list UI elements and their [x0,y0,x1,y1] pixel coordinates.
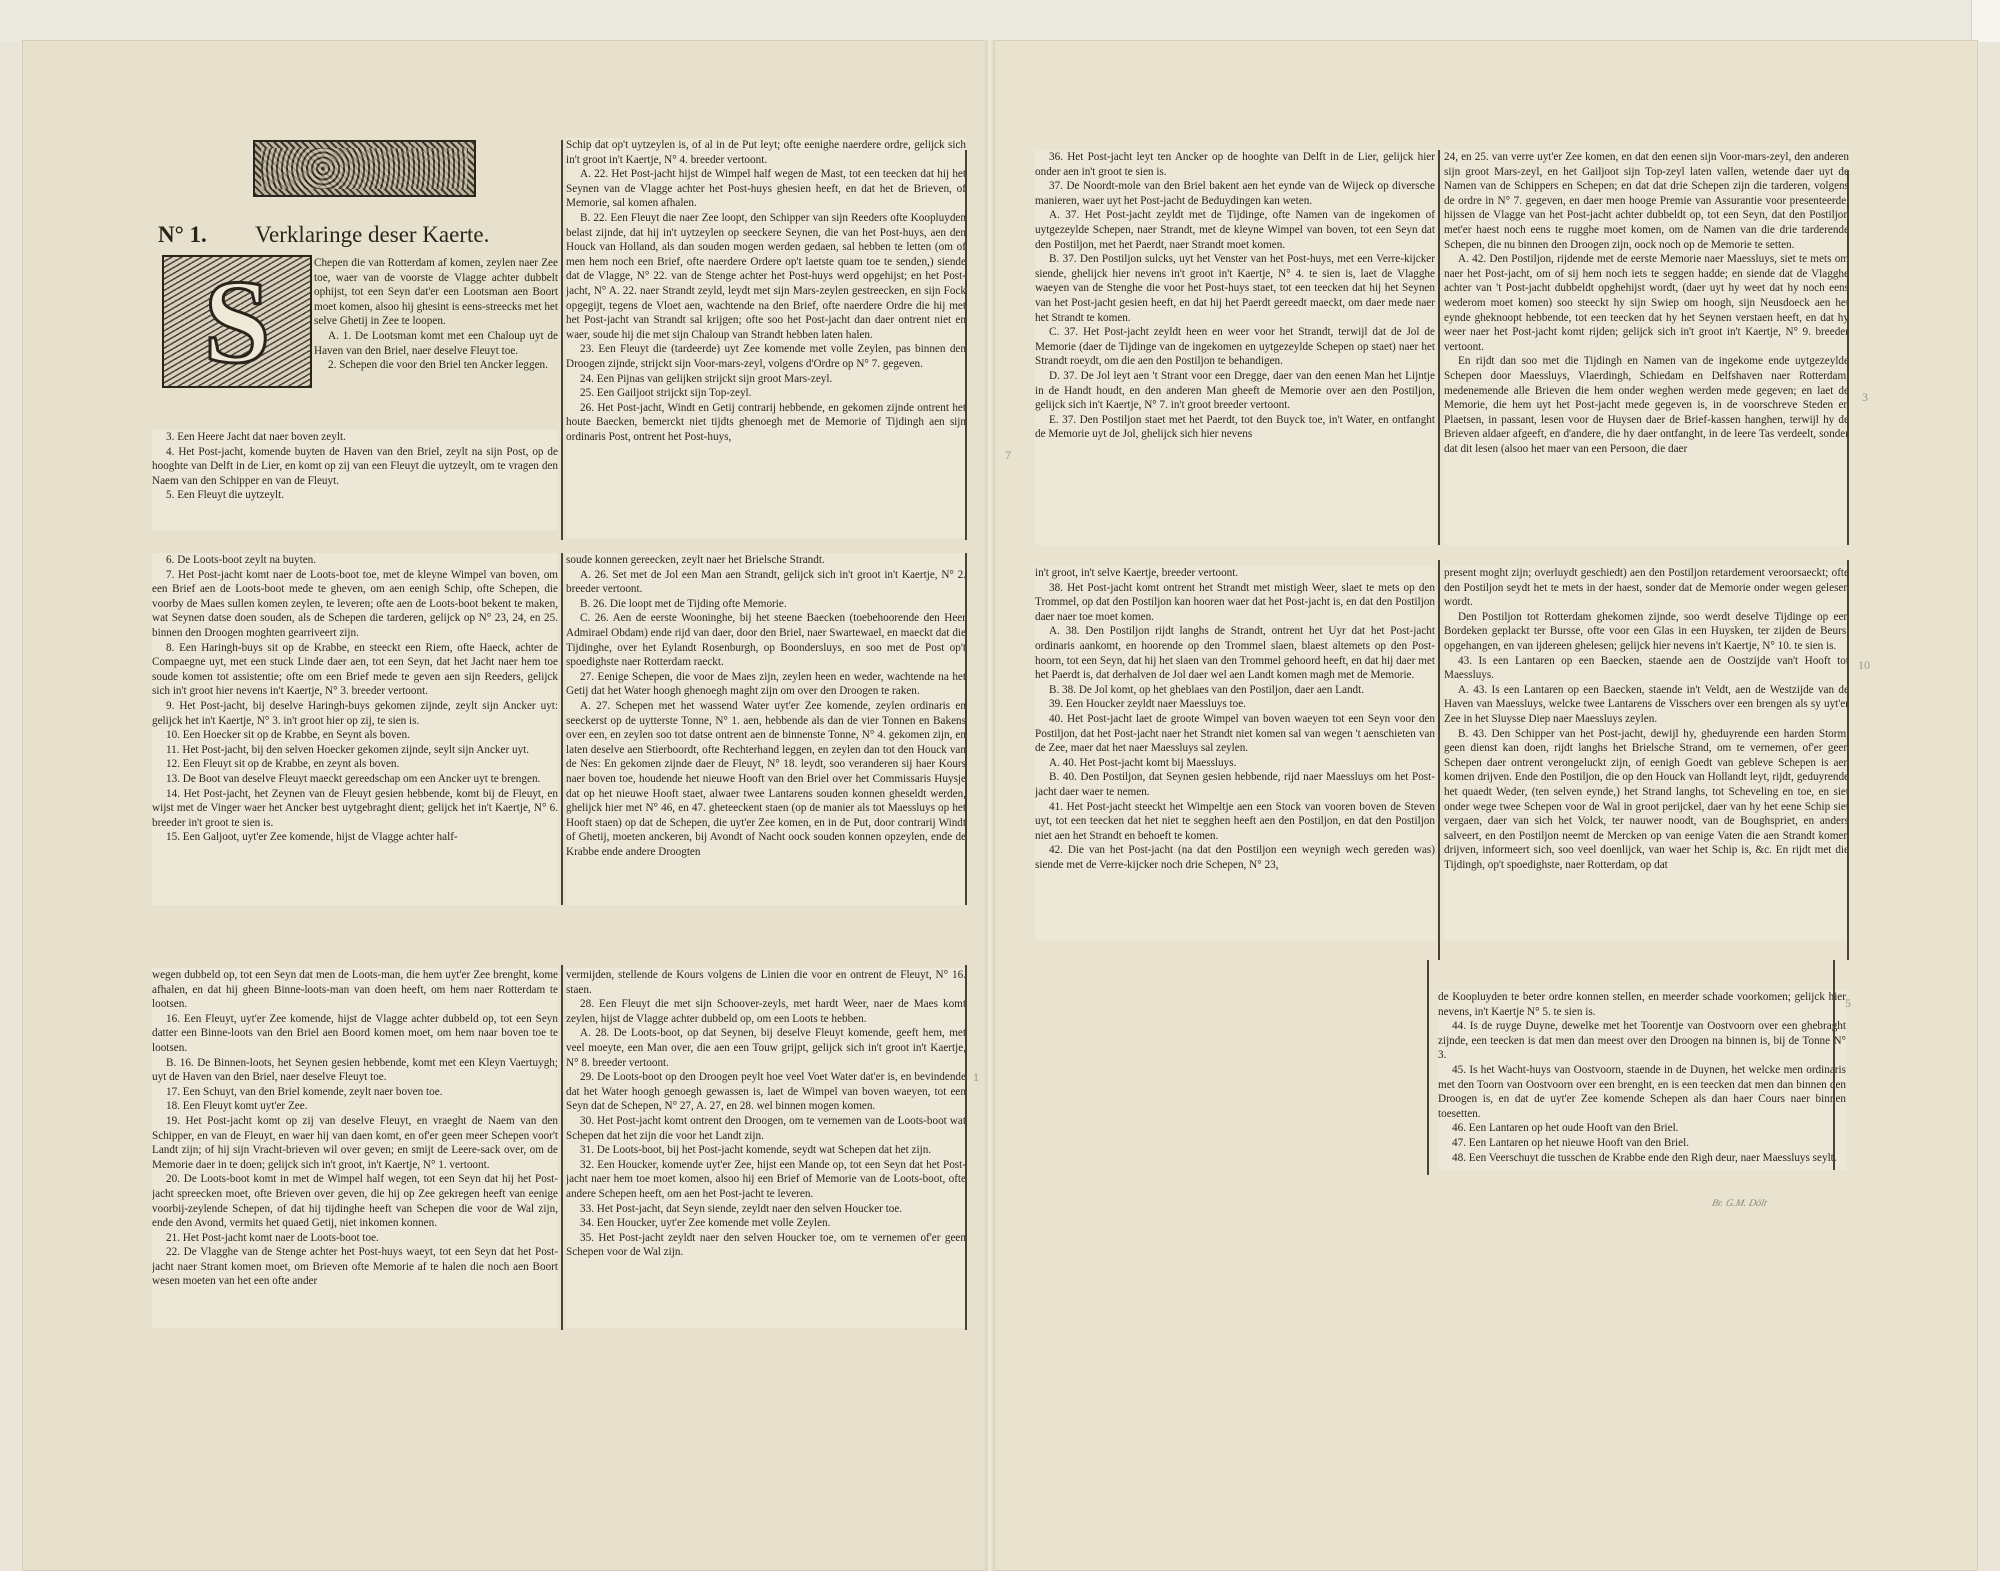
text-block-col2-bot: vermijden, stellende de Kours volgens de… [566,968,966,1328]
entry: 41. Het Post-jacht steeckt het Wimpeltje… [1035,800,1435,844]
text-block-col1-top: 3. Een Heere Jacht dat naer boven zeylt.… [152,430,558,530]
entry: 13. De Boot van deselve Fleuyt maeckt ge… [152,772,558,787]
entry: 40. Het Post-jacht laet de groote Wimpel… [1035,712,1435,756]
initial-letter: S [204,262,271,382]
margin-mark: 1 [973,1070,979,1085]
entry: 8. Een Haringh-buys sit op de Krabbe, en… [152,641,558,699]
entry: 42. Die van het Post-jacht (na dat den P… [1035,843,1435,872]
text-block-col4-bot: de Koopluyden te beter ordre konnen stel… [1438,990,1846,1170]
entry: 10. Een Hoecker sit op de Krabbe, en Sey… [152,728,558,743]
entry: 11. Het Post-jacht, bij den selven Hoeck… [152,743,558,758]
intro-para: Chepen die van Rotterdam af komen, zeyle… [314,256,558,329]
entry: vermijden, stellende de Kours volgens de… [566,968,966,997]
entry: 9. Het Post-jacht, bij deselve Haringh-b… [152,699,558,728]
column-rule [561,553,563,905]
column-rule [1438,560,1440,960]
entry: A. 22. Het Post-jacht hijst de Wimpel ha… [566,167,966,211]
entry: C. 37. Het Post-jacht zeyldt heen en wee… [1035,325,1435,369]
top-strip [0,0,2000,42]
margin-mark: 10 [1858,658,1870,673]
text-block-col3-mid: in't groot, in't selve Kaertje, breeder … [1035,566,1435,940]
entry: de Koopluyden te beter ordre konnen stel… [1438,990,1846,1019]
text-block-col4-mid: present moght zijn; overluydt geschiedt)… [1444,566,1849,940]
entry: 36. Het Post-jacht leyt ten Ancker op de… [1035,150,1435,179]
entry: 43. Is een Lantaren op een Baecken, stae… [1444,654,1849,683]
column-rule [965,553,967,905]
entry: 47. Een Lantaren op het nieuwe Hooft van… [1438,1136,1846,1151]
entry: 3. Een Heere Jacht dat naer boven zeylt. [152,430,558,445]
entry: A. 38. Den Postiljon rijdt langhs de Str… [1035,624,1435,682]
title-text: Verklaringe deser Kaerte. [255,222,489,248]
entry: A. 42. Den Postiljon, rijdende met de ee… [1444,252,1849,354]
text-block-col1-bot: wegen dubbeld op, tot een Seyn dat men d… [152,968,558,1328]
entry: A. 26. Set met de Jol een Man aen Strand… [566,568,966,597]
margin-mark: 3 [1862,390,1868,405]
text-block-col3-top: 36. Het Post-jacht leyt ten Ancker op de… [1035,150,1435,545]
entry: B. 37. Den Postiljon sulcks, uyt het Ven… [1035,252,1435,325]
entry: 7. Het Post-jacht komt naer de Loots-boo… [152,568,558,641]
entry: 17. Een Schuyt, van den Briel komende, z… [152,1085,558,1100]
entry: A. 37. Het Post-jacht zeyldt met de Tijd… [1035,208,1435,252]
entry: 37. De Noordt-mole van den Briel bakent … [1035,179,1435,208]
entry: 34. Een Houcker, uyt'er Zee komende met … [566,1216,966,1231]
intro-text: Chepen die van Rotterdam af komen, zeyle… [314,256,558,373]
entry: 46. Een Lantaren op het oude Hooft van d… [1438,1121,1846,1136]
entry: 24. Een Pijnas van gelijken strijckt sij… [566,372,966,387]
entry: 38. Het Post-jacht komt ontrent het Stra… [1035,581,1435,625]
column-rule [1438,150,1440,545]
entry: A. 40. Het Post-jacht komt bij Maessluys… [1035,756,1435,771]
entry: A. 43. Is een Lantaren op een Baecken, s… [1444,683,1849,727]
decorated-initial-icon: S [162,255,312,388]
entry: 20. De Loots-boot komt in met de Wimpel … [152,1172,558,1230]
entry: 39. Een Houcker zeyldt naer Maessluys to… [1035,697,1435,712]
entry: 5. Een Fleuyt die uytzeylt. [152,488,558,503]
entry: A. 28. De Loots-boot, op dat Seynen, bij… [566,1026,966,1070]
text-block-col1-mid: 6. De Loots-boot zeylt na buyten. 7. Het… [152,553,558,905]
column-rule [965,150,967,540]
margin-mark: 5 [1845,996,1851,1011]
entry: B. 16. De Binnen-loots, het Seynen gesie… [152,1056,558,1085]
entry: soude konnen gereecken, zeylt naer het B… [566,553,966,568]
entry: 4. Het Post-jacht, komende buyten de Hav… [152,445,558,489]
entry: 32. Een Houcker, komende uyt'er Zee, hij… [566,1158,966,1202]
document-title: N° 1. Verklaringe deser Kaerte. [158,222,558,252]
entry: 22. De Vlagghe van de Stenge achter het … [152,1245,558,1289]
intro-para: A. 1. De Lootsman komt met een Chaloup u… [314,329,558,358]
margin-mark: 7 [1005,448,1011,463]
column-rule [965,965,967,1330]
entry: B. 26. Die loopt met de Tijding ofte Mem… [566,597,966,612]
entry: C. 26. Aen de eerste Wooninghe, bij het … [566,611,966,669]
entry: in't groot, in't selve Kaertje, breeder … [1035,566,1435,581]
entry: present moght zijn; overluydt geschiedt)… [1444,566,1849,610]
entry: 33. Het Post-jacht, dat Seyn siende, zey… [566,1202,966,1217]
entry: 24, en 25. van verre uyt'er Zee komen, e… [1444,150,1849,252]
column-rule [1847,560,1849,960]
collection-stamp: Br. G.M. Dölt [1711,1198,1768,1209]
entry: 30. Het Post-jacht komt ontrent den Droo… [566,1114,966,1143]
column-rule [561,965,563,1330]
entry: 12. Een Fleuyt sit op de Krabbe, en zeyn… [152,757,558,772]
entry: Den Postiljon tot Rotterdam ghekomen zij… [1444,610,1849,654]
entry: 21. Het Post-jacht komt naer de Loots-bo… [152,1231,558,1246]
column-rule [1847,170,1849,545]
text-block-col2-top: Schip dat op't uytzeylen is, of al in de… [566,138,966,538]
column-rule [561,140,563,540]
entry: 18. Een Fleuyt komt uyt'er Zee. [152,1099,558,1114]
corner-tab [1971,0,2000,42]
entry: 45. Is het Wacht-huys van Oostvoorn, sta… [1438,1063,1846,1121]
text-block-col2-mid: soude konnen gereecken, zeylt naer het B… [566,553,966,905]
entry: 44. Is de ruyge Duyne, dewelke met het T… [1438,1019,1846,1063]
entry: B. 40. Den Postiljon, dat Seynen gesien … [1035,770,1435,799]
center-fold [985,40,995,1571]
entry: 25. Een Gailjoot strijckt sijn Top-zeyl. [566,386,966,401]
column-rule [1427,960,1429,1175]
entry: 29. De Loots-boot op den Droogen peylt h… [566,1070,966,1114]
entry: E. 37. Den Postiljon staet met het Paerd… [1035,413,1435,442]
entry: B. 38. De Jol komt, op het gheblaes van … [1035,683,1435,698]
entry: 14. Het Post-jacht, het Zeynen van de Fl… [152,787,558,831]
entry: Schip dat op't uytzeylen is, of al in de… [566,138,966,167]
intro-para: 2. Schepen die voor den Briel ten Ancker… [314,358,558,373]
entry: 28. Een Fleuyt die met sijn Schoover-zey… [566,997,966,1026]
column-rule [1833,960,1835,1170]
entry: 15. Een Galjoot, uyt'er Zee komende, hij… [152,830,558,845]
entry: 6. De Loots-boot zeylt na buyten. [152,553,558,568]
entry: 48. Een Veerschuyt die tusschen de Krabb… [1438,1151,1846,1166]
entry: En rijdt dan soo met die Tijdingh en Nam… [1444,354,1849,456]
entry: 23. Een Fleuyt die (tardeerde) uyt Zee k… [566,342,966,371]
entry: D. 37. De Jol leyt aen 't Strant voor ee… [1035,369,1435,413]
entry: 31. De Loots-boot, bij het Post-jacht ko… [566,1143,966,1158]
ornamental-headpiece-icon [253,140,476,197]
entry: 19. Het Post-jacht komt op zij van desel… [152,1114,558,1172]
entry: 35. Het Post-jacht zeyldt naer den selve… [566,1231,966,1260]
entry: 26. Het Post-jacht, Windt en Getij contr… [566,401,966,445]
entry: 16. Een Fleuyt, uyt'er Zee komende, hijs… [152,1012,558,1056]
entry: wegen dubbeld op, tot een Seyn dat men d… [152,968,558,1012]
entry: A. 27. Schepen met het wassend Water uyt… [566,699,966,860]
entry: B. 43. Den Schipper van het Post-jacht, … [1444,727,1849,873]
text-block-col4-top: 24, en 25. van verre uyt'er Zee komen, e… [1444,150,1849,545]
title-number: N° 1. [158,222,207,248]
entry: B. 22. Een Fleuyt die naer Zee loopt, de… [566,211,966,342]
entry: 27. Eenige Schepen, die voor de Maes zij… [566,670,966,699]
